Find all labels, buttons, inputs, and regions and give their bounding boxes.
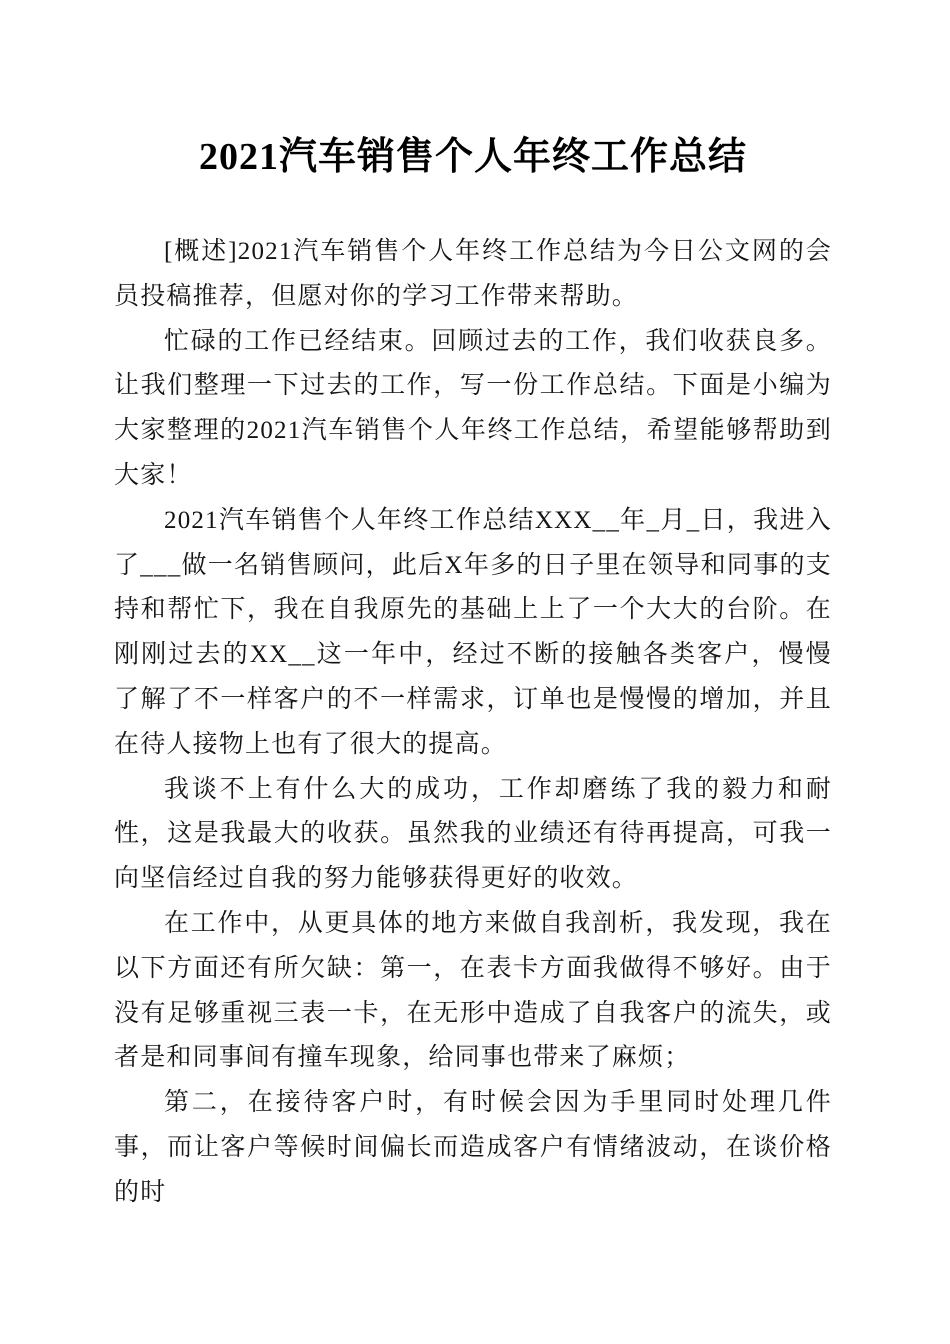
paragraph: 我谈不上有什么大的成功，工作却磨练了我的毅力和耐性，这是我最大的收获。虽然我的业… — [114, 768, 832, 902]
document-title: 2021汽车销售个人年终工作总结 — [114, 128, 832, 186]
document-body: [概述]2021汽车销售个人年终工作总结为今日公文网的会员投稿推荐，但愿对你的学… — [114, 230, 832, 1216]
paragraph: 忙碌的工作已经结束。回顾过去的工作，我们收获良多。让我们整理一下过去的工作，写一… — [114, 320, 832, 499]
paragraph: [概述]2021汽车销售个人年终工作总结为今日公文网的会员投稿推荐，但愿对你的学… — [114, 230, 832, 320]
paragraph: 第二，在接待客户时，有时候会因为手里同时处理几件事，而让客户等候时间偏长而造成客… — [114, 1081, 832, 1215]
paragraph: 2021汽车销售个人年终工作总结XXX__年_月_日，我进入了___做一名销售顾… — [114, 499, 832, 768]
document-page: 2021汽车销售个人年终工作总结 [概述]2021汽车销售个人年终工作总结为今日… — [0, 0, 950, 1344]
paragraph: 在工作中，从更具体的地方来做自我剖析，我发现，我在以下方面还有所欠缺：第一，在表… — [114, 902, 832, 1081]
